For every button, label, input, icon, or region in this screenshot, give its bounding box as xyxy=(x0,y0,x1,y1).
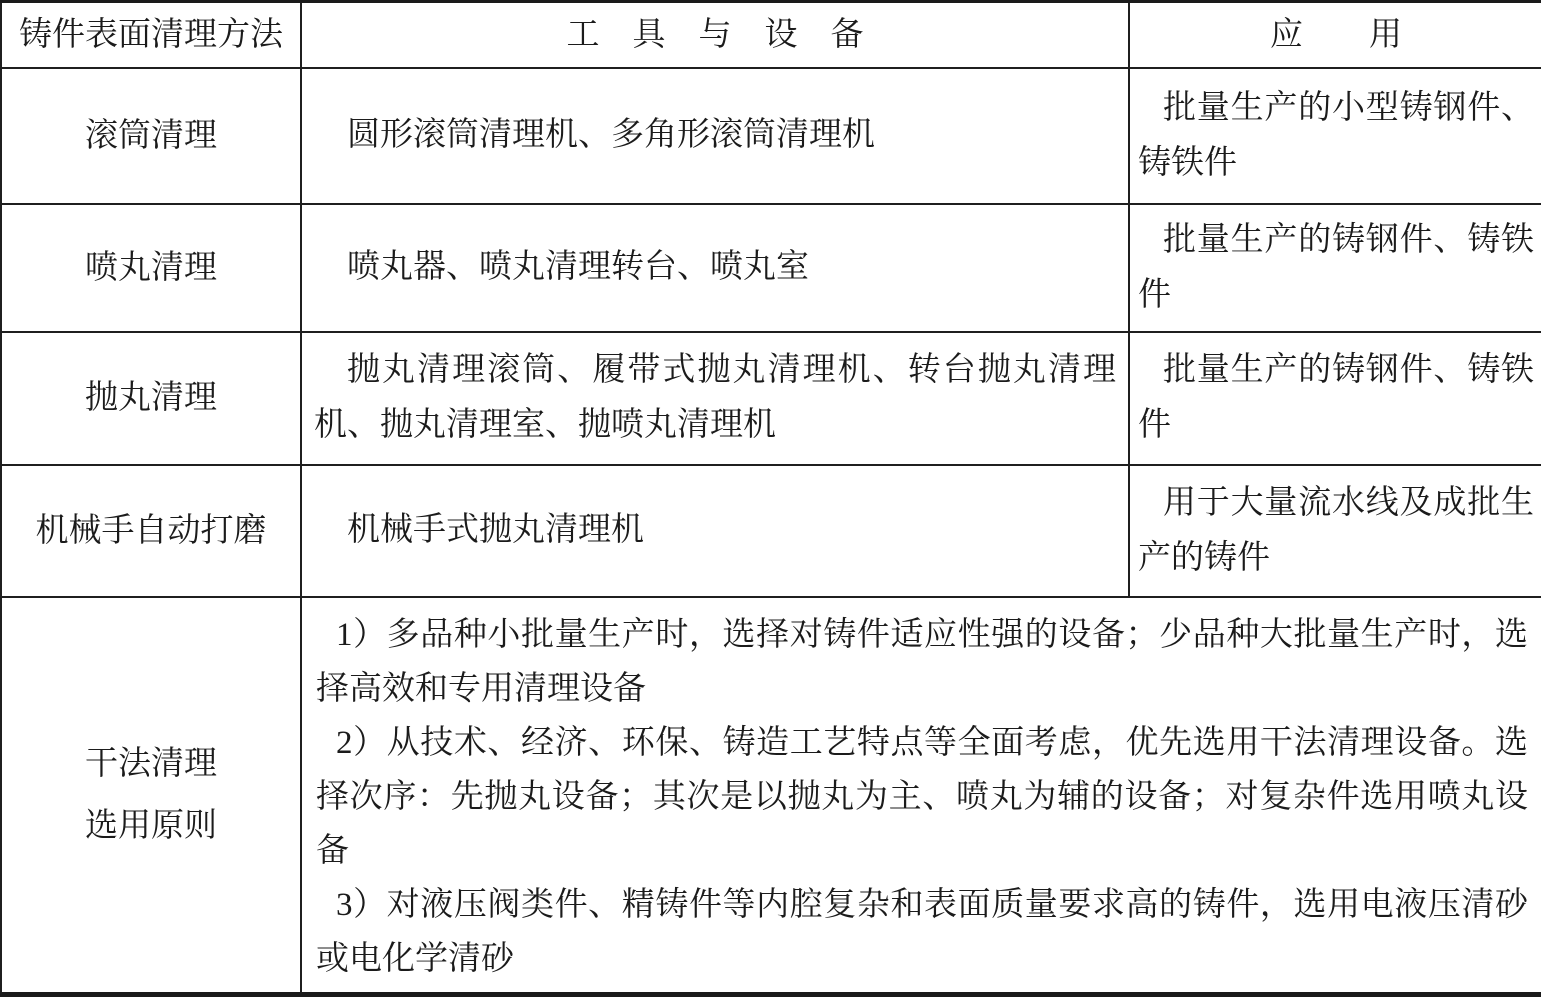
principle-item-2: 2）从技术、经济、环保、铸造工艺特点等全面考虑，优先选用干法清理设备。选择次序：… xyxy=(316,716,1528,878)
application-cell: 批量生产的铸钢件、铸铁件 xyxy=(1129,332,1541,465)
casting-cleaning-table: 铸件表面清理方法 工 具 与 设 备 应 用 滚筒清理 圆形滚筒清理机、多角形滚… xyxy=(0,0,1541,997)
equipment-cell: 圆形滚筒清理机、多角形滚筒清理机 xyxy=(301,68,1129,204)
table-header-row: 铸件表面清理方法 工 具 与 设 备 应 用 xyxy=(1,2,1541,68)
principle-item-3: 3）对液压阀类件、精铸件等内腔复杂和表面质量要求高的铸件，选用电液压清砂或电化学… xyxy=(316,878,1528,986)
header-application: 应 用 xyxy=(1129,2,1541,68)
application-cell: 用于大量流水线及成批生产的铸件 xyxy=(1129,465,1541,597)
method-line-2: 选用原则 xyxy=(8,795,294,857)
method-line-1: 干法清理 xyxy=(8,733,294,795)
document-page: 铸件表面清理方法 工 具 与 设 备 应 用 滚筒清理 圆形滚筒清理机、多角形滚… xyxy=(0,0,1541,998)
equipment-cell: 机械手式抛丸清理机 xyxy=(301,465,1129,597)
table-row-roller-cleaning: 滚筒清理 圆形滚筒清理机、多角形滚筒清理机 批量生产的小型铸钢件、铸铁件 xyxy=(1,68,1541,204)
equipment-cell: 喷丸器、喷丸清理转台、喷丸室 xyxy=(301,204,1129,332)
method-cell: 干法清理 选用原则 xyxy=(1,597,301,995)
principles-cell: 1）多品种小批量生产时，选择对铸件适应性强的设备；少品种大批量生产时，选择高效和… xyxy=(301,597,1541,995)
method-cell: 机械手自动打磨 xyxy=(1,465,301,597)
table-row-robot-grinding: 机械手自动打磨 机械手式抛丸清理机 用于大量流水线及成批生产的铸件 xyxy=(1,465,1541,597)
table-row-shot-blasting: 喷丸清理 喷丸器、喷丸清理转台、喷丸室 批量生产的铸钢件、铸铁件 xyxy=(1,204,1541,332)
table-row-dry-cleaning-principles: 干法清理 选用原则 1）多品种小批量生产时，选择对铸件适应性强的设备；少品种大批… xyxy=(1,597,1541,995)
method-cell: 抛丸清理 xyxy=(1,332,301,465)
application-cell: 批量生产的铸钢件、铸铁件 xyxy=(1129,204,1541,332)
equipment-cell: 抛丸清理滚筒、履带式抛丸清理机、转台抛丸清理机、抛丸清理室、抛喷丸清理机 xyxy=(301,332,1129,465)
method-cell: 滚筒清理 xyxy=(1,68,301,204)
table-row-abrasive-blasting: 抛丸清理 抛丸清理滚筒、履带式抛丸清理机、转台抛丸清理机、抛丸清理室、抛喷丸清理… xyxy=(1,332,1541,465)
method-cell: 喷丸清理 xyxy=(1,204,301,332)
application-cell: 批量生产的小型铸钢件、铸铁件 xyxy=(1129,68,1541,204)
principle-item-1: 1）多品种小批量生产时，选择对铸件适应性强的设备；少品种大批量生产时，选择高效和… xyxy=(316,608,1528,716)
header-tools-equipment: 工 具 与 设 备 xyxy=(301,2,1129,68)
header-cleaning-method: 铸件表面清理方法 xyxy=(1,2,301,68)
